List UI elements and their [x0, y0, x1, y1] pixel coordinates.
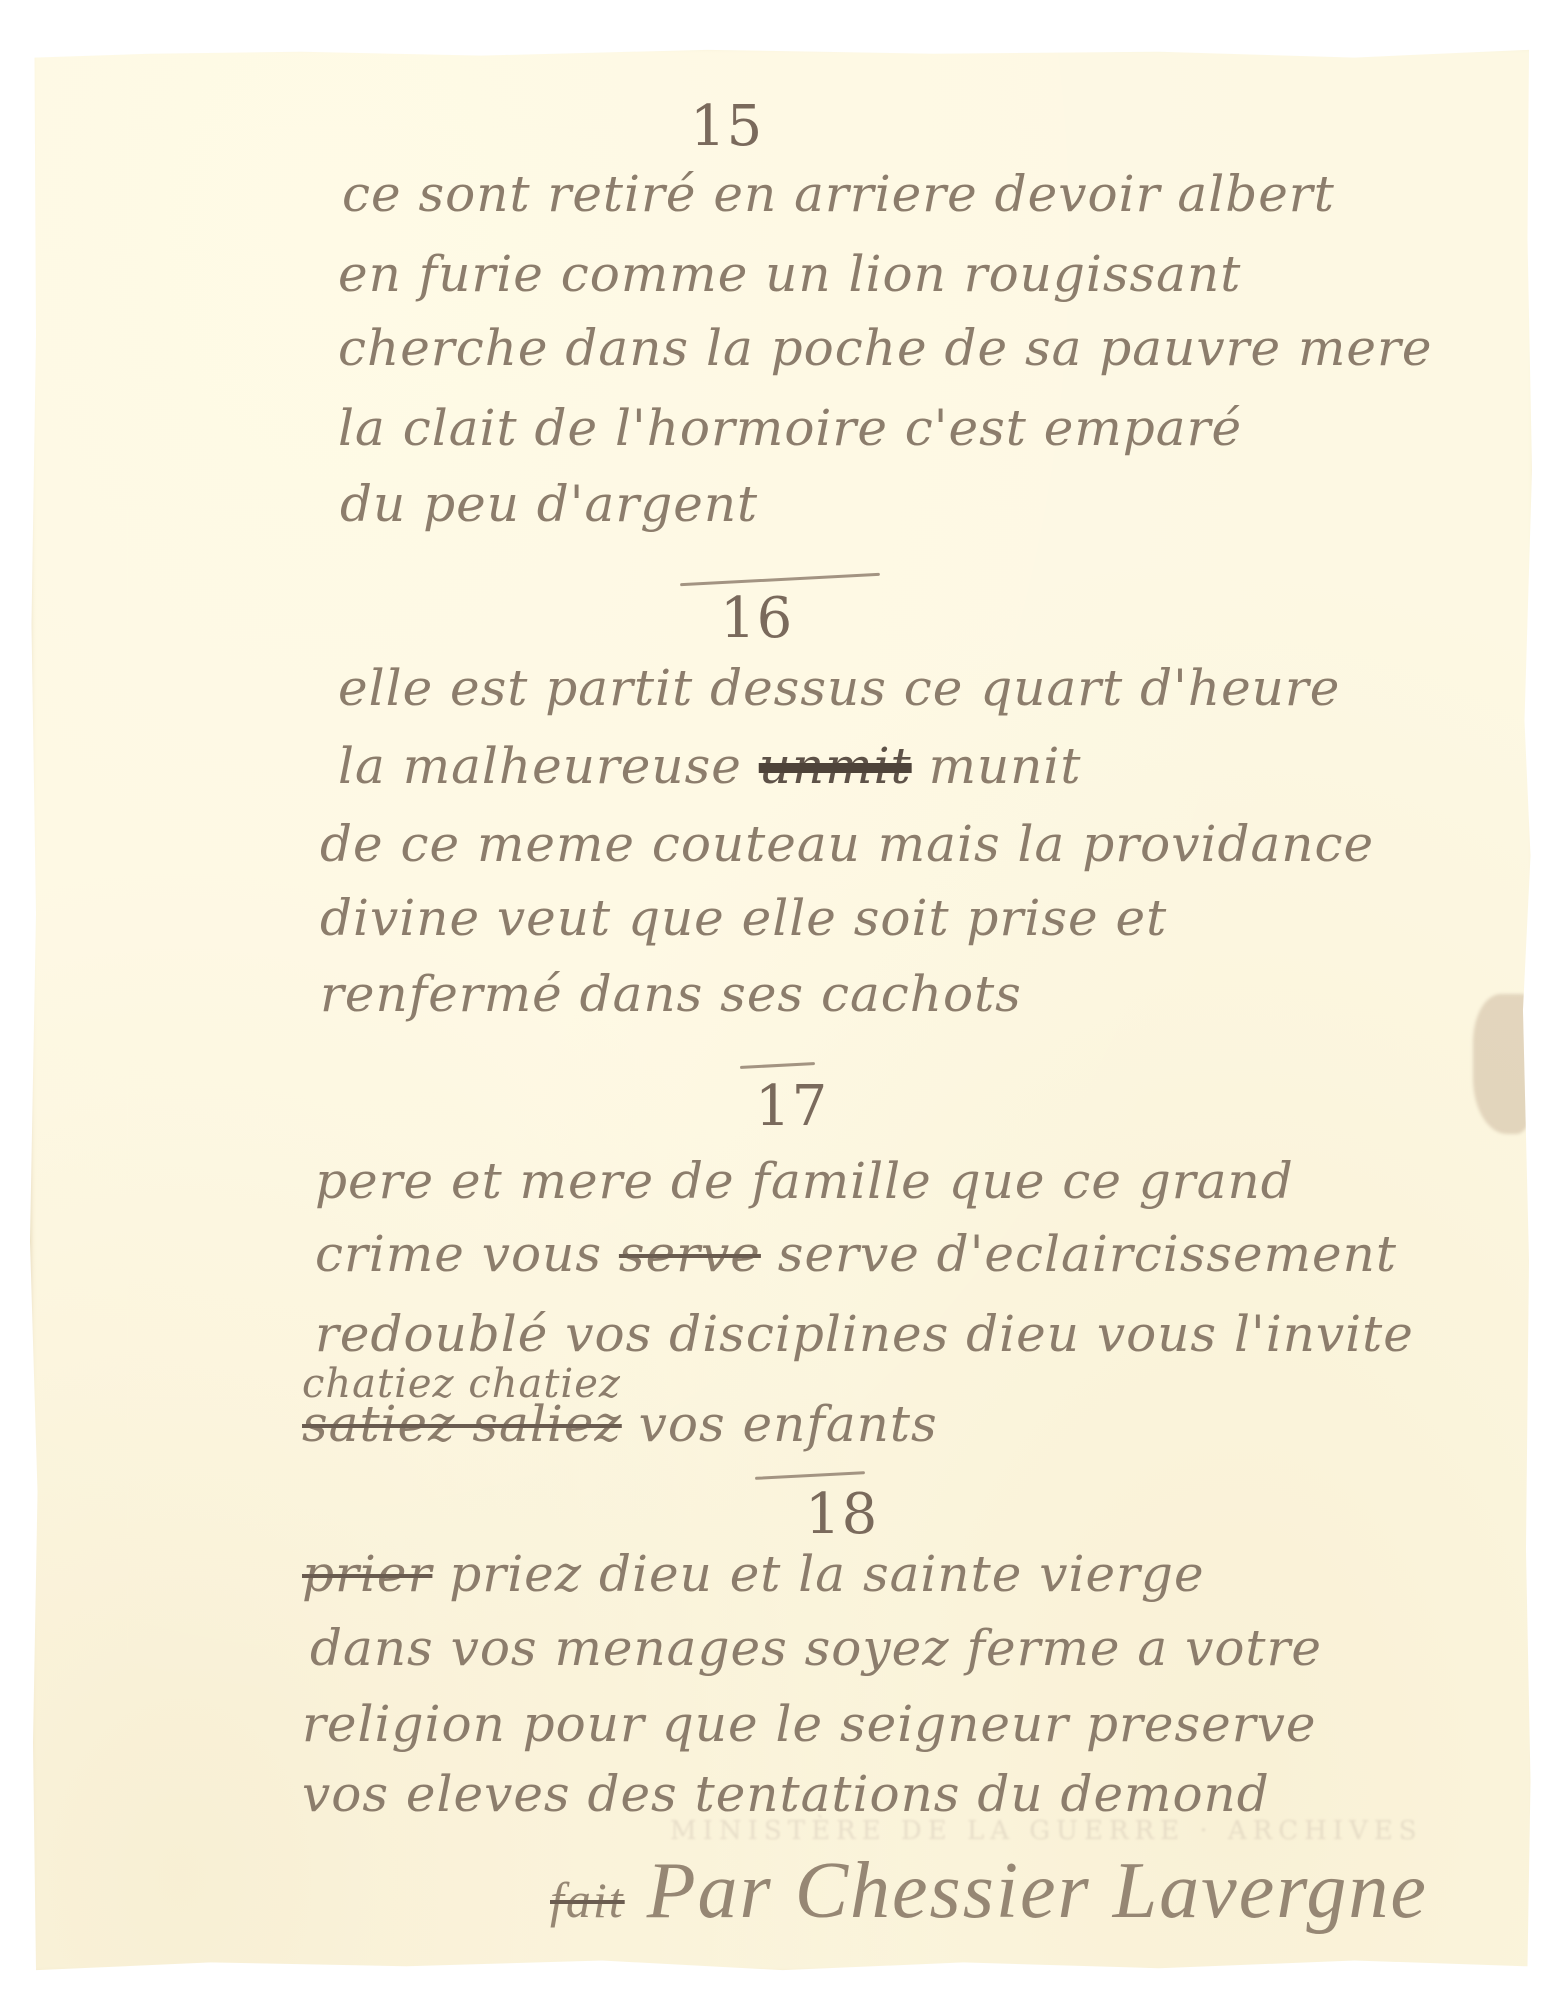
verse-18-flourish — [755, 1471, 865, 1480]
verse-17-flourish — [740, 1062, 815, 1069]
verse-16-line-2-after: munit — [929, 737, 1082, 795]
verse-16-line-3: de ce meme couteau mais la providance — [320, 814, 1374, 874]
verse-17-line-4-struck-words: satiez saliez — [302, 1395, 622, 1453]
water-stain — [1473, 994, 1535, 1134]
verse-17-line-2-struck-word: serve — [619, 1225, 761, 1283]
verse-16-line-5: renfermé dans ses cachots — [320, 964, 1022, 1024]
verse-number-18: 18 — [805, 1482, 878, 1547]
verse-17-line-2-before: crime vous — [315, 1225, 619, 1283]
verse-15-line-2: en furie comme un lion rougissant — [338, 244, 1241, 304]
verse-18-line-1-after: priez dieu et la sainte vierge — [432, 1545, 1204, 1603]
verse-number-16: 16 — [720, 586, 793, 651]
verse-18-line-4: vos eleves des tentations du demond — [302, 1764, 1270, 1824]
verse-number-17: 17 — [755, 1074, 828, 1139]
verse-17-line-2: crime vous serve serve d'eclaircissement — [315, 1224, 1397, 1284]
verse-18-line-3: religion pour que le seigneur preserve — [302, 1694, 1316, 1754]
verse-15-line-1: ce sont retiré en arriere devoir albert — [342, 164, 1335, 224]
verse-18-line-1-struck-word: prier — [302, 1545, 432, 1603]
manuscript-page: MINISTÈRE DE LA GUERRE · ARCHIVES 15 ce … — [30, 46, 1535, 1974]
verse-16-line-4: divine veut que elle soit prise et — [320, 888, 1167, 948]
verse-17-line-4-after: vos enfants — [622, 1395, 938, 1453]
verse-16-line-2: la malheureuse unmit munit — [338, 736, 1081, 796]
verse-17-line-3: redoublé vos disciplines dieu vous l'inv… — [315, 1304, 1414, 1364]
verse-15-line-5: du peu d'argent — [340, 474, 758, 534]
signature: fait Par Chessier Lavergne — [550, 1846, 1428, 1937]
verse-17-line-1: pere et mere de famille que ce grand — [315, 1151, 1294, 1211]
verse-16-line-2-before: la malheureuse — [338, 737, 759, 795]
verse-15-line-3: cherche dans la poche de sa pauvre mere — [338, 318, 1432, 378]
verse-17-line-2-after: serve d'eclaircissement — [761, 1225, 1397, 1283]
verse-18-line-2: dans vos menages soyez ferme a votre — [310, 1618, 1322, 1678]
verse-number-15: 15 — [690, 94, 763, 159]
signature-name: Par Chessier Lavergne — [647, 1847, 1428, 1935]
verse-17-line-4: satiez saliez vos enfants — [302, 1394, 938, 1454]
verse-16-line-1: elle est partit dessus ce quart d'heure — [338, 658, 1340, 718]
signature-struck-word: fait — [550, 1872, 625, 1928]
verse-15-line-4: la clait de l'hormoire c'est emparé — [338, 398, 1242, 458]
verse-18-line-1: prier priez dieu et la sainte vierge — [302, 1544, 1205, 1604]
verse-16-line-2-struck-word: unmit — [759, 737, 912, 795]
verse-16-flourish — [680, 573, 880, 586]
